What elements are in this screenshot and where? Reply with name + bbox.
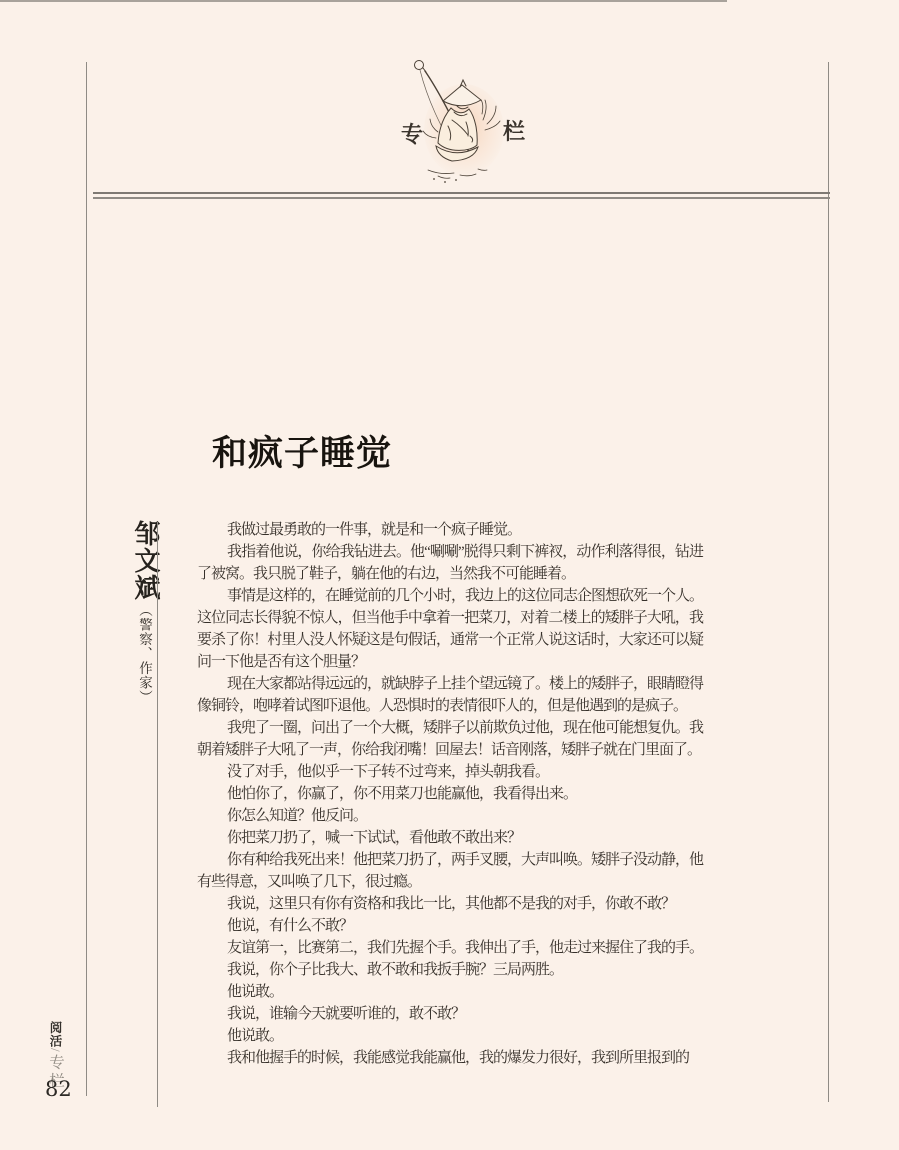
body-paragraph: 友谊第一，比赛第二，我们先握个手。我伸出了手，他走过来握住了我的手。 [197,937,703,959]
body-paragraph: 没了对手，他似乎一下子转不过弯来，掉头朝我看。 [197,761,703,783]
page-number: 82 [45,1077,72,1101]
body-paragraph: 你有种给我死出来！他把菜刀扔了，两手叉腰，大声叫唤。矮胖子没动静，他有些得意，又… [197,849,703,893]
body-paragraph: 现在大家都站得远远的，就缺脖子上挂个望远镜了。楼上的矮胖子，眼睛瞪得像铜铃，咆哮… [197,673,703,717]
author-role: （警察、作家） [134,603,154,705]
body-paragraph: 我说，这里只有你有资格和我比一比，其他都不是我的对手，你敢不敢？ [197,893,703,915]
body-paragraph: 他怕你了，你赢了，你不用菜刀也能赢他，我看得出来。 [197,783,703,805]
body-paragraph: 我说，你个子比我大、敢不敢和我扳手腕？三局两胜。 [197,959,703,981]
body-paragraph: 我说，谁输今天就要听谁的，敢不敢？ [197,1003,703,1025]
right-border-rule [828,62,829,1102]
body-paragraph: 我做过最勇敢的一件事，就是和一个疯子睡觉。 [197,519,703,541]
section-label-char-left: 专 [401,118,423,149]
body-paragraph: 他说，有什么不敢？ [197,915,703,937]
top-rule [0,0,727,2]
body-paragraph: 你把菜刀扔了，喊一下试试，看他敢不敢出来？ [197,827,703,849]
body-paragraph: 我指着他说，你给我钻进去。他“唰唰”脱得只剩下裤衩，动作利落得很，钻进了被窝。我… [197,541,703,585]
body-paragraph: 他说敢。 [197,1025,703,1047]
magazine-page: 专 栏 和疯子睡觉 邹文斌 （警察、作家） 我做过最勇敢的一件事，就是和一个疯子… [0,0,899,1150]
magazine-label: 阅活 [48,1021,62,1048]
body-paragraph: 我和他握手的时候，我能感觉我能赢他，我的爆发力很好，我到所里报到的 [197,1047,703,1069]
author-name: 邹文斌 [127,520,164,601]
left-border-rule [86,62,87,1096]
body-paragraph: 他说敢。 [197,981,703,1003]
footer-separator: / [48,1048,63,1052]
body-paragraph: 我兜了一圈，问出了一个大概，矮胖子以前欺负过他，现在他可能想复仇。我朝着矮胖子大… [197,717,703,761]
body-paragraph: 事情是这样的，在睡觉前的几个小时，我边上的这位同志企图想砍死一个人。这位同志长得… [197,585,703,673]
body-paragraph: 你怎么知道？他反问。 [197,805,703,827]
author-divider-rule [157,522,158,1107]
article-body: 我做过最勇敢的一件事，就是和一个疯子睡觉。 我指着他说，你给我钻进去。他“唰唰”… [197,519,703,1069]
article-title: 和疯子睡觉 [212,433,392,475]
section-label-char-right: 栏 [503,115,525,146]
